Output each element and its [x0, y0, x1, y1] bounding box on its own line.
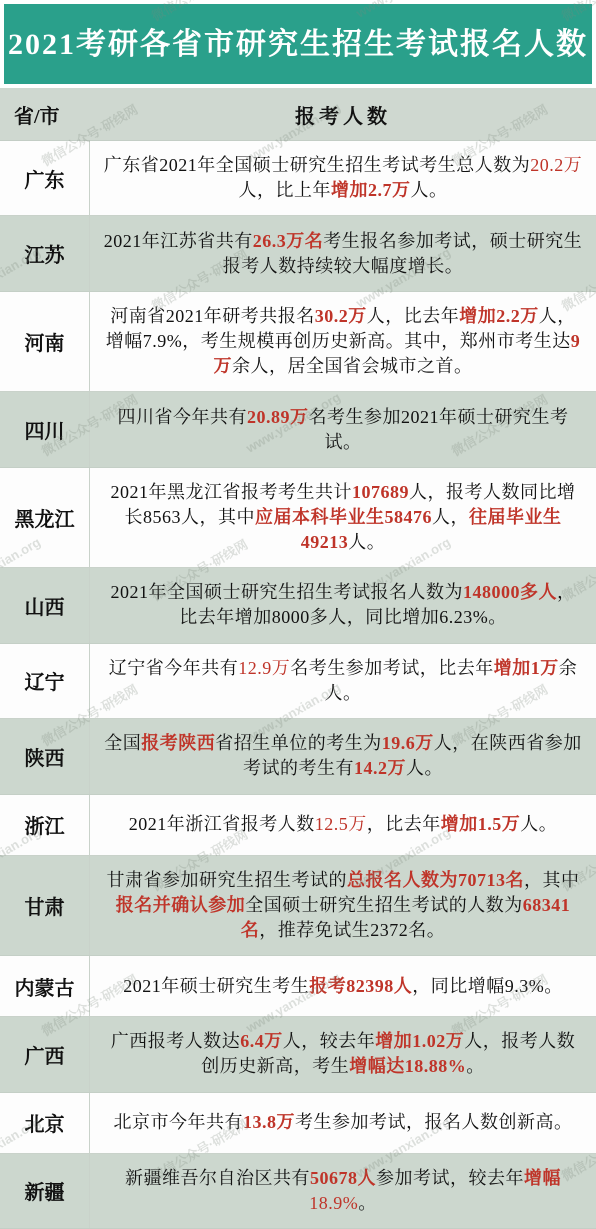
- highlight-text: 12.5万: [315, 814, 367, 834]
- plain-text: ，推荐免试生2372名。: [259, 920, 445, 940]
- table-row: 黑龙江2021年黑龙江省报考考生共计107689人，报考人数同比增长8563人，…: [0, 468, 596, 568]
- highlight-text: 总报名人数为70713名: [347, 870, 524, 890]
- row-text: 新疆维吾尔自治区共有50678人参加考试，较去年增幅18.9%。: [90, 1154, 596, 1228]
- highlight-text: 30.2万: [315, 306, 367, 326]
- registration-table: 省/市 报考人数 广东广东省2021年全国硕士研究生招生考试考生总人数为20.2…: [0, 88, 596, 1229]
- highlight-text: 增加2.2万: [459, 306, 539, 326]
- row-text: 2021年硕士研究生考生报考82398人，同比增幅9.3%。: [90, 956, 596, 1016]
- plain-text: 参加考试，较去年: [376, 1168, 524, 1188]
- plain-text: 人。: [520, 814, 557, 834]
- row-text: 辽宁省今年共有12.9万名考生参加考试，比去年增加1万余人。: [90, 644, 596, 718]
- province-name: 浙江: [0, 795, 90, 855]
- table-row: 四川四川省今年共有20.89万名考生参加2021年硕士研究生考试。: [0, 392, 596, 467]
- plain-text: 北京市今年共有: [114, 1112, 244, 1132]
- highlight-text: 107689: [352, 482, 409, 502]
- plain-text: 2021年江苏省共有: [104, 231, 253, 251]
- plain-text: 人。: [411, 180, 448, 200]
- highlight-text: 增加1.02万: [375, 1031, 464, 1051]
- plain-text: 四川省今年共有: [118, 407, 248, 427]
- highlight-text: 19.6万: [382, 733, 434, 753]
- province-name: 山西: [0, 568, 90, 642]
- highlight-text: 增加1.5万: [441, 814, 521, 834]
- highlight-text: 26.3万名: [253, 231, 324, 251]
- province-name: 黑龙江: [0, 468, 90, 567]
- table-row: 陕西全国报考陕西省招生单位的考生为19.6万人，在陕西省参加考试的考生有14.2…: [0, 719, 596, 794]
- province-name: 甘肃: [0, 856, 90, 955]
- row-text: 2021年江苏省共有26.3万名考生报名参加考试，硕士研究生报考人数持续较大幅度…: [90, 216, 596, 290]
- plain-text: 2021年浙江省报考人数: [129, 814, 315, 834]
- table-row: 北京北京市今年共有13.8万考生参加考试，报名人数创新高。: [0, 1093, 596, 1154]
- highlight-text: 增加1万: [494, 658, 559, 678]
- province-name: 辽宁: [0, 644, 90, 718]
- page-title: 2021考研各省市研究生招生考试报名人数: [8, 28, 588, 61]
- highlight-text: 增幅: [524, 1168, 561, 1188]
- row-text: 北京市今年共有13.8万考生参加考试，报名人数创新高。: [90, 1093, 596, 1153]
- plain-text: 省招生单位的考生为: [215, 733, 382, 753]
- plain-text: 。: [358, 1193, 377, 1213]
- highlight-text: 报考82398人: [309, 976, 412, 996]
- table-row: 甘肃甘肃省参加研究生招生考试的总报名人数为70713名，其中报名并确认参加全国硕…: [0, 856, 596, 956]
- plain-text: 考生参加考试，报名人数创新高。: [295, 1112, 573, 1132]
- table-row: 江苏2021年江苏省共有26.3万名考生报名参加考试，硕士研究生报考人数持续较大…: [0, 216, 596, 291]
- plain-text: 2021年黑龙江省报考考生共计: [111, 482, 353, 502]
- table-row: 新疆新疆维吾尔自治区共有50678人参加考试，较去年增幅18.9%。: [0, 1154, 596, 1229]
- plain-text: 河南省2021年研考共报名: [110, 306, 315, 326]
- plain-text: 全国硕士研究生招生考试的人数为: [245, 895, 523, 915]
- infographic: 2021考研各省市研究生招生考试报名人数 省/市 报考人数 广东广东省2021年…: [0, 0, 596, 1229]
- row-text: 全国报考陕西省招生单位的考生为19.6万人，在陕西省参加考试的考生有14.2万人…: [90, 719, 596, 793]
- table-row: 浙江2021年浙江省报考人数12.5万，比去年增加1.5万人。: [0, 795, 596, 856]
- plain-text: ，同比增幅9.3%。: [412, 976, 563, 996]
- highlight-text: 18.9%: [309, 1193, 358, 1213]
- plain-text: 人，比去年: [367, 306, 460, 326]
- highlight-text: 20.89万: [247, 407, 309, 427]
- highlight-text: 增加2.7万: [331, 180, 411, 200]
- plain-text: 甘肃省参加研究生招生考试的: [107, 870, 348, 890]
- row-text: 四川省今年共有20.89万名考生参加2021年硕士研究生考试。: [90, 392, 596, 466]
- province-name: 江苏: [0, 216, 90, 290]
- plain-text: 名考生参加2021年硕士研究生考试。: [309, 407, 569, 452]
- plain-text: 2021年全国硕士研究生招生考试报名人数为: [111, 582, 464, 602]
- highlight-text: 20.2万: [530, 155, 582, 175]
- plain-text: ，比去年: [367, 814, 441, 834]
- highlight-text: 148000多人: [463, 582, 557, 602]
- plain-text: 辽宁省今年共有: [109, 658, 239, 678]
- row-text: 广西报考人数达6.4万人，较去年增加1.02万人，报考人数创历史新高，考生增幅达…: [90, 1017, 596, 1091]
- highlight-text: 报名并确认参加: [116, 895, 246, 915]
- table-header: 省/市 报考人数: [0, 88, 596, 141]
- table-row: 山西2021年全国硕士研究生招生考试报名人数为148000多人，比去年增加800…: [0, 568, 596, 643]
- plain-text: 余人，居全国省会城市之首。: [232, 356, 473, 376]
- province-name: 广西: [0, 1017, 90, 1091]
- plain-text: 人。: [348, 532, 385, 552]
- row-text: 河南省2021年研考共报名30.2万人，比去年增加2.2万人，增幅7.9%，考生…: [90, 292, 596, 391]
- plain-text: 广西报考人数达: [111, 1031, 241, 1051]
- plain-text: 人，较去年: [283, 1031, 376, 1051]
- table-row: 广西广西报考人数达6.4万人，较去年增加1.02万人，报考人数创历史新高，考生增…: [0, 1017, 596, 1092]
- plain-text: 新疆维吾尔自治区共有: [125, 1168, 310, 1188]
- header-applicants: 报考人数: [90, 100, 596, 129]
- highlight-text: 应届本科毕业生58476: [255, 507, 432, 527]
- highlight-text: 12.9万: [238, 658, 290, 678]
- plain-text: 人，: [432, 507, 469, 527]
- plain-text: 人。: [406, 758, 443, 778]
- table-row: 内蒙古2021年硕士研究生考生报考82398人，同比增幅9.3%。: [0, 956, 596, 1017]
- row-text: 甘肃省参加研究生招生考试的总报名人数为70713名，其中报名并确认参加全国硕士研…: [90, 856, 596, 955]
- plain-text: 广东省2021年全国硕士研究生招生考试考生总人数为: [104, 155, 531, 175]
- row-text: 广东省2021年全国硕士研究生招生考试考生总人数为20.2万人，比上年增加2.7…: [90, 141, 596, 215]
- highlight-text: 50678人: [310, 1168, 376, 1188]
- plain-text: 人，比上年: [239, 180, 332, 200]
- title-bar: 2021考研各省市研究生招生考试报名人数: [4, 4, 592, 84]
- plain-text: 。: [466, 1056, 485, 1076]
- province-name: 新疆: [0, 1154, 90, 1228]
- table-row: 河南河南省2021年研考共报名30.2万人，比去年增加2.2万人，增幅7.9%，…: [0, 292, 596, 392]
- plain-text: 2021年硕士研究生考生: [123, 976, 309, 996]
- plain-text: ，其中: [524, 870, 580, 890]
- province-name: 广东: [0, 141, 90, 215]
- row-text: 2021年全国硕士研究生招生考试报名人数为148000多人，比去年增加8000多…: [90, 568, 596, 642]
- highlight-text: 6.4万: [240, 1031, 283, 1051]
- province-name: 内蒙古: [0, 956, 90, 1016]
- highlight-text: 增幅达18.88%: [349, 1056, 466, 1076]
- province-name: 北京: [0, 1093, 90, 1153]
- plain-text: 全国: [104, 733, 141, 753]
- highlight-text: 报考陕西: [141, 733, 215, 753]
- table-row: 辽宁辽宁省今年共有12.9万名考生参加考试，比去年增加1万余人。: [0, 644, 596, 719]
- highlight-text: 13.8万: [243, 1112, 295, 1132]
- table-body: 广东广东省2021年全国硕士研究生招生考试考生总人数为20.2万人，比上年增加2…: [0, 141, 596, 1229]
- row-text: 2021年黑龙江省报考考生共计107689人，报考人数同比增长8563人，其中应…: [90, 468, 596, 567]
- province-name: 四川: [0, 392, 90, 466]
- highlight-text: 14.2万: [354, 758, 406, 778]
- plain-text: 名考生参加考试，比去年: [290, 658, 494, 678]
- row-text: 2021年浙江省报考人数12.5万，比去年增加1.5万人。: [90, 795, 596, 855]
- province-name: 河南: [0, 292, 90, 391]
- table-row: 广东广东省2021年全国硕士研究生招生考试考生总人数为20.2万人，比上年增加2…: [0, 141, 596, 216]
- header-province: 省/市: [0, 100, 90, 129]
- province-name: 陕西: [0, 719, 90, 793]
